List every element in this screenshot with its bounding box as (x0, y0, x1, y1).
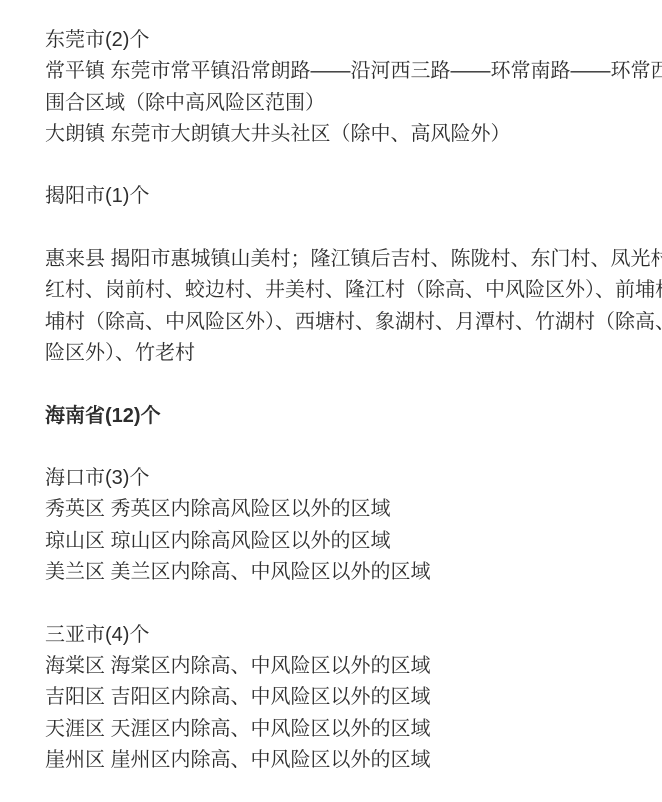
section-sanya: 三亚市(4)个 海棠区 海棠区内除高、中风险区以外的区域 吉阳区 吉阳区内除高、… (45, 620, 657, 776)
entry-tianya: 天涯区 天涯区内除高、中风险区以外的区域 (45, 714, 657, 745)
section-huilai: 惠来县 揭阳市惠城镇山美村；隆江镇后吉村、陈陇村、东门村、凤光村、凤 红村、岗前… (45, 244, 657, 369)
section-haikou: 海口市(3)个 秀英区 秀英区内除高风险区以外的区域 琼山区 琼山区内除高风险区… (45, 463, 657, 588)
city-header-haikou: 海口市(3)个 (45, 463, 657, 494)
document-body: 东莞市(2)个 常平镇 东莞市常平镇沿常朗路——沿河西三路——环常南路——环常西… (45, 25, 657, 776)
entry-xiuying: 秀英区 秀英区内除高风险区以外的区域 (45, 494, 657, 525)
city-header-jieyang: 揭阳市(1)个 (45, 181, 657, 212)
entry-huilai-line-2: 红村、岗前村、蛟边村、井美村、隆江村（除高、中风险区外）、前埔村、桥 (45, 275, 657, 306)
section-dongguan: 东莞市(2)个 常平镇 东莞市常平镇沿常朗路——沿河西三路——环常南路——环常西… (45, 25, 657, 150)
section-jieyang: 揭阳市(1)个 (45, 181, 657, 212)
province-header-hainan: 海南省(12)个 (45, 401, 657, 432)
city-header-sanya: 三亚市(4)个 (45, 620, 657, 651)
entry-meilan: 美兰区 美兰区内除高、中风险区以外的区域 (45, 557, 657, 588)
entry-qiongshan: 琼山区 琼山区内除高风险区以外的区域 (45, 526, 657, 557)
entry-dalang: 大朗镇 东莞市大朗镇大井头社区（除中、高风险外） (45, 119, 657, 150)
entry-huilai-line-4: 险区外）、竹老村 (45, 338, 657, 369)
city-header-dongguan: 东莞市(2)个 (45, 25, 657, 56)
entry-changping-line-2: 围合区域（除中高风险区范围） (45, 88, 657, 119)
entry-yazhou: 崖州区 崖州区内除高、中风险区以外的区域 (45, 745, 657, 776)
entry-haitang: 海棠区 海棠区内除高、中风险区以外的区域 (45, 651, 657, 682)
entry-huilai-line-1: 惠来县 揭阳市惠城镇山美村；隆江镇后吉村、陈陇村、东门村、凤光村、凤 (45, 244, 657, 275)
section-hainan-province: 海南省(12)个 (45, 401, 657, 432)
entry-changping-line-1: 常平镇 东莞市常平镇沿常朗路——沿河西三路——环常南路——环常西路 (45, 56, 657, 87)
entry-huilai-line-3: 埔村（除高、中风险区外）、西塘村、象湖村、月潭村、竹湖村（除高、中风 (45, 307, 657, 338)
entry-jiyang: 吉阳区 吉阳区内除高、中风险区以外的区域 (45, 682, 657, 713)
